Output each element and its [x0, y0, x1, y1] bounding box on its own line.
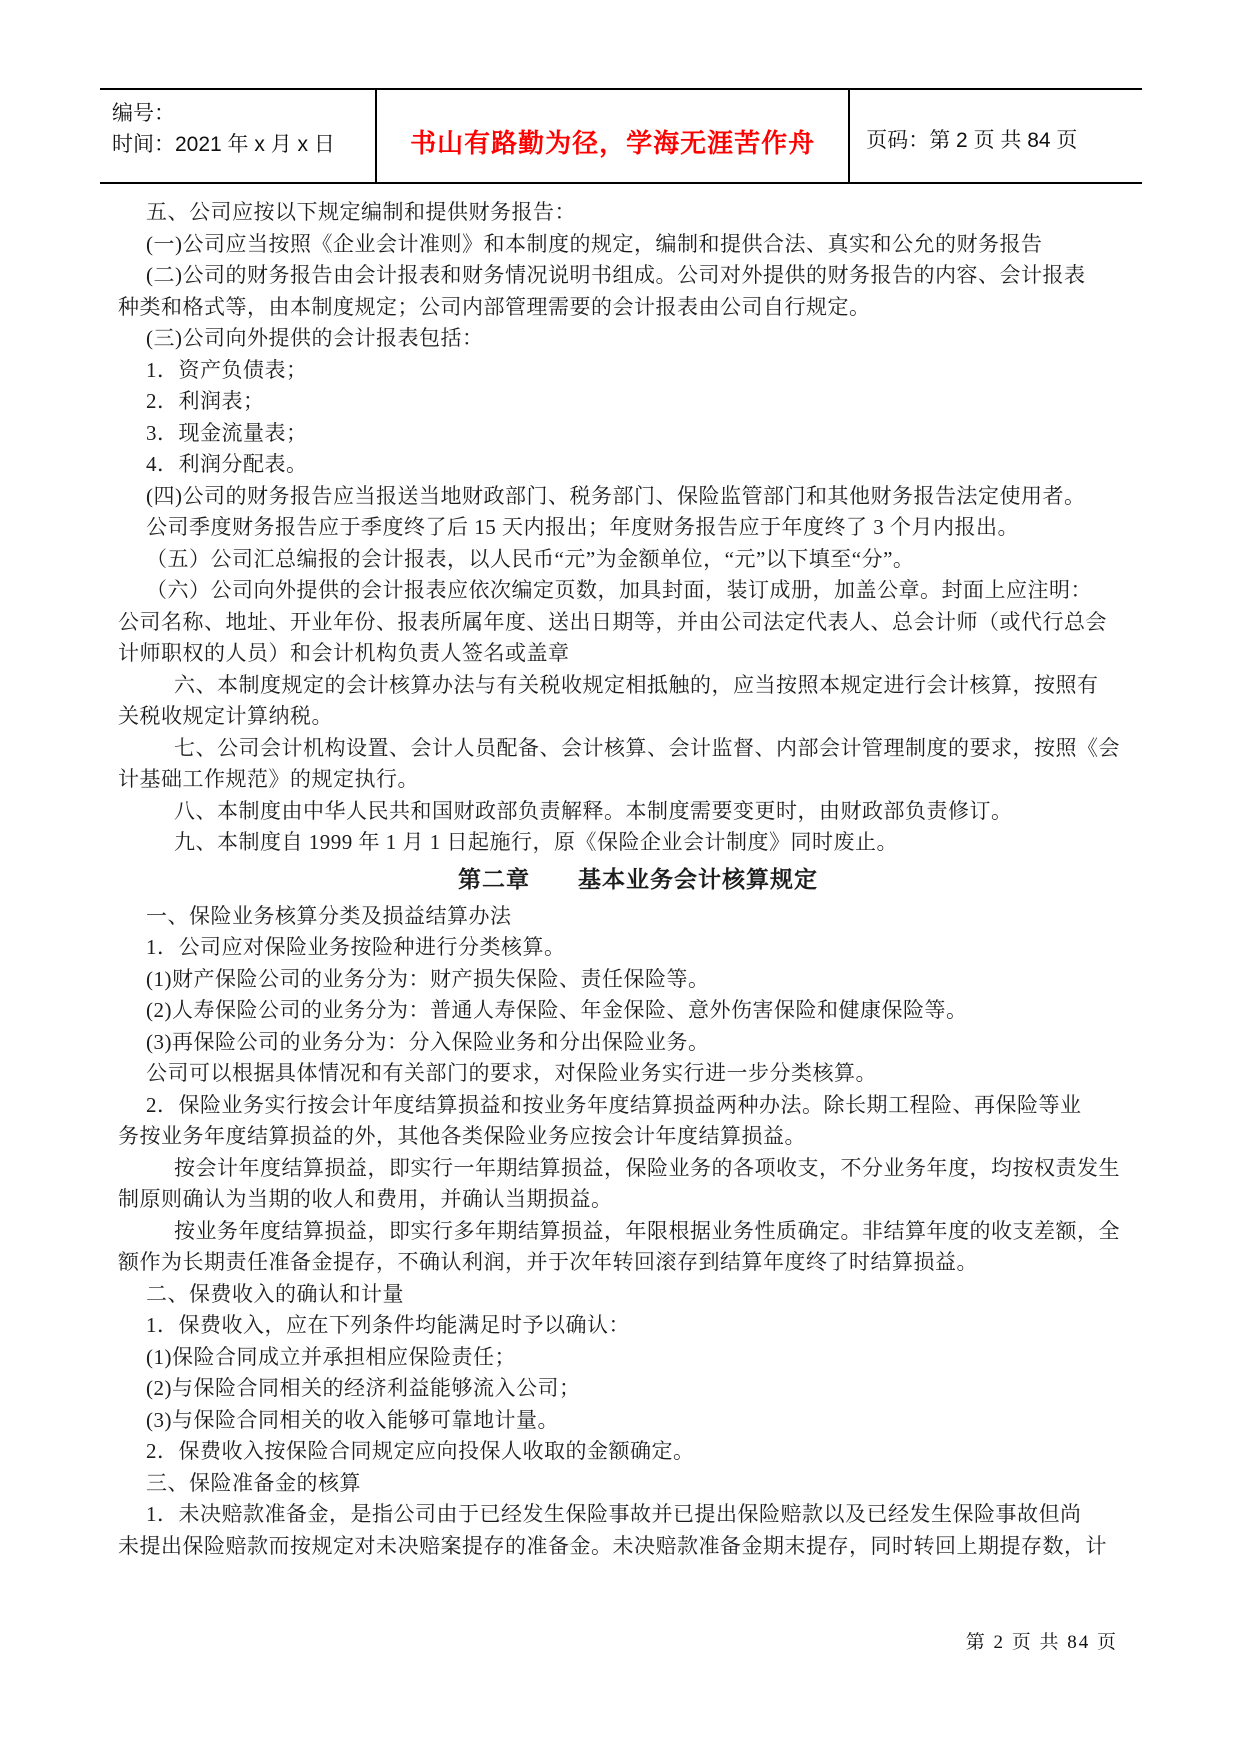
text-line: (3)与保险合同相关的收入能够可靠地计量。: [118, 1405, 1158, 1437]
header-motto-cell: 书山有路勤为径，学海无涯苦作舟: [375, 90, 850, 182]
text-line: 制原则确认为当期的收人和费用，并确认当期损益。: [118, 1184, 1158, 1216]
text-line: 公司季度财务报告应于季度终了后 15 天内报出；年度财务报告应于年度终了 3 个…: [118, 512, 1158, 544]
text-line: (1)财产保险公司的业务分为：财产损失保险、责任保险等。: [118, 964, 1158, 996]
text-line: 未提出保险赔款而按规定对未决赔案提存的准备金。未决赔款准备金期末提存，同时转回上…: [118, 1531, 1158, 1563]
header-motto: 书山有路勤为径，学海无涯苦作舟: [410, 123, 815, 160]
text-line: 1．公司应对保险业务按险种进行分类核算。: [118, 932, 1158, 964]
header-date-label: 时间：2021 年 x 月 x 日: [112, 129, 369, 160]
text-line: (1)保险合同成立并承担相应保险责任；: [118, 1342, 1158, 1374]
text-line: 一、保险业务核算分类及损益结算办法: [118, 901, 1158, 933]
text-line: 五、公司应按以下规定编制和提供财务报告：: [118, 197, 1158, 229]
text-line: 公司名称、地址、开业年份、报表所属年度、送出日期等，并由公司法定代表人、总会计师…: [118, 607, 1158, 639]
text-line: (三)公司向外提供的会计报表包括：: [118, 323, 1158, 355]
text-line: 二、保费收入的确认和计量: [118, 1279, 1158, 1311]
document-body: 五、公司应按以下规定编制和提供财务报告：(一)公司应当按照《企业会计准则》和本制…: [118, 197, 1158, 1562]
text-line: （六）公司向外提供的会计报表应依次编定页数，加具封面，装订成册，加盖公章。封面上…: [118, 575, 1158, 607]
text-line: (3)再保险公司的业务分为：分入保险业务和分出保险业务。: [118, 1027, 1158, 1059]
text-line: 额作为长期责任准备金提存，不确认利润，并于次年转回滚存到结算年度终了时结算损益。: [118, 1247, 1158, 1279]
text-line: 务按业务年度结算损益的外，其他各类保险业务应按会计年度结算损益。: [118, 1121, 1158, 1153]
text-line: （五）公司汇总编报的会计报表，以人民币“元”为金额单位，“元”以下填至“分”。: [118, 544, 1158, 576]
text-line: (2)与保险合同相关的经济利益能够流入公司；: [118, 1373, 1158, 1405]
header-meta-cell: 编号： 时间：2021 年 x 月 x 日: [100, 90, 375, 182]
text-line: 1．保费收入，应在下列条件均能满足时予以确认：: [118, 1310, 1158, 1342]
text-line: 3．现金流量表；: [118, 418, 1158, 450]
text-line: 4．利润分配表。: [118, 449, 1158, 481]
text-line: 种类和格式等，由本制度规定；公司内部管理需要的会计报表由公司自行规定。: [118, 292, 1158, 324]
text-line: 2．保险业务实行按会计年度结算损益和按业务年度结算损益两种办法。除长期工程险、再…: [118, 1090, 1158, 1122]
chapter-heading: 第二章 基本业务会计核算规定: [118, 859, 1158, 901]
footer-page-number: 第 2 页 共 84 页: [118, 1627, 1118, 1654]
text-line: (四)公司的财务报告应当报送当地财政部门、税务部门、保险监管部门和其他财务报告法…: [118, 481, 1158, 513]
header-page-cell: 页码：第 2 页 共 84 页: [850, 90, 1142, 182]
text-line: 2．利润表；: [118, 386, 1158, 418]
text-line: 1．资产负债表；: [118, 355, 1158, 387]
header-page-label: 页码：第 2 页 共 84 页: [866, 124, 1077, 154]
text-line: 三、保险准备金的核算: [118, 1468, 1158, 1500]
text-line: 计师职权的人员）和会计机构负责人签名或盖章: [118, 638, 1158, 670]
header-number-label: 编号：: [112, 98, 369, 129]
text-line: 计基础工作规范》的规定执行。: [118, 764, 1158, 796]
text-line: 六、本制度规定的会计核算办法与有关税收规定相抵触的，应当按照本规定进行会计核算，…: [118, 670, 1158, 702]
text-line: 公司可以根据具体情况和有关部门的要求，对保险业务实行进一步分类核算。: [118, 1058, 1158, 1090]
text-line: (一)公司应当按照《企业会计准则》和本制度的规定，编制和提供合法、真实和公允的财…: [118, 229, 1158, 261]
text-line: 2．保费收入按保险合同规定应向投保人收取的金额确定。: [118, 1436, 1158, 1468]
text-line: 按会计年度结算损益，即实行一年期结算损益，保险业务的各项收支，不分业务年度，均按…: [118, 1153, 1158, 1185]
text-line: 按业务年度结算损益，即实行多年期结算损益，年限根据业务性质确定。非结算年度的收支…: [118, 1216, 1158, 1248]
text-line: (二)公司的财务报告由会计报表和财务情况说明书组成。公司对外提供的财务报告的内容…: [118, 260, 1158, 292]
text-line: 九、本制度自 1999 年 1 月 1 日起施行，原《保险企业会计制度》同时废止…: [118, 827, 1158, 859]
text-line: 1．未决赔款准备金，是指公司由于已经发生保险事故并已提出保险赔款以及已经发生保险…: [118, 1499, 1158, 1531]
document-page: 编号： 时间：2021 年 x 月 x 日 书山有路勤为径，学海无涯苦作舟 页码…: [0, 0, 1241, 1754]
header-table: 编号： 时间：2021 年 x 月 x 日 书山有路勤为径，学海无涯苦作舟 页码…: [100, 88, 1142, 184]
text-line: (2)人寿保险公司的业务分为：普通人寿保险、年金保险、意外伤害保险和健康保险等。: [118, 995, 1158, 1027]
text-line: 七、公司会计机构设置、会计人员配备、会计核算、会计监督、内部会计管理制度的要求，…: [118, 733, 1158, 765]
text-line: 八、本制度由中华人民共和国财政部负责解释。本制度需要变更时，由财政部负责修订。: [118, 796, 1158, 828]
text-line: 关税收规定计算纳税。: [118, 701, 1158, 733]
